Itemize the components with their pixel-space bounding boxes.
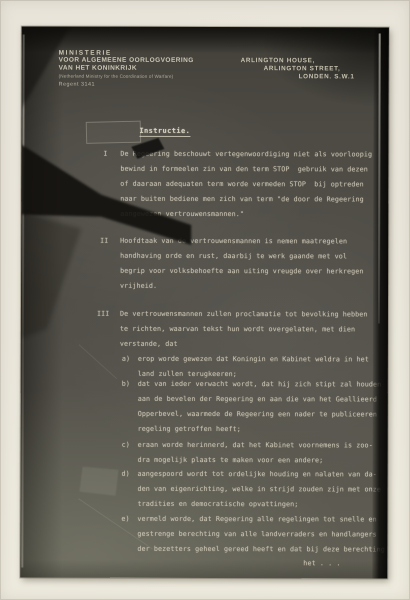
photo-left-edge-highlight (21, 35, 24, 568)
paragraph-line: te richten, waarvan tekst hun wordt over… (120, 322, 368, 338)
paragraph-line: De Regeering beschouwt vertegenwoordigin… (120, 147, 372, 163)
list-item-letter: b) (122, 377, 130, 392)
paragraph-line: of daaraan adequaten term worde vermeden… (120, 177, 372, 193)
paragraph-line: De vertrouwensmannen zullen proclamatie … (120, 307, 368, 323)
scratched-box-outline (86, 121, 140, 143)
list-item-letter: d) (122, 467, 130, 482)
list-item-line: aan de bevelen der Regeering en aan die … (138, 392, 381, 408)
address-line: LONDEN. S.W.1 (299, 73, 355, 80)
document-photo: MINISTERIE VOOR ALGEMEENE OORLOGVOERING … (20, 27, 388, 579)
list-item-letter: c) (122, 438, 130, 453)
list-item-line: eraan worde herinnerd, dat het Kabinet v… (138, 438, 373, 454)
paragraph-line: verstande, dat (120, 337, 368, 353)
continuation-ellipsis: het . . . (303, 556, 340, 571)
ministry-line: VAN HET KONINKRIJK (59, 64, 194, 72)
list-item-line: aangespoord wordt tot ordelijke houding … (138, 467, 381, 483)
address-line: ARLINGTON HOUSE, (241, 57, 315, 64)
paragraph-roman-numeral: III (97, 307, 109, 322)
list-item-line: dat van ieder verwacht wordt, dat hij zi… (138, 377, 381, 393)
list-item-line: erop worde gewezen dat Koningin en Kabin… (138, 352, 369, 368)
paragraph-line: Hoofdtaak van de vertrouwensmannen is ne… (120, 234, 363, 250)
paragraph-line: bewind in formeelen zin van den term STO… (120, 162, 372, 178)
faint-crease-band (21, 213, 81, 339)
light-scuff-patch (79, 467, 118, 496)
list-item-line: der bezetters geheel gereed heeft en dat… (137, 542, 385, 558)
paragraph-line: handhaving orde en rust, daarbij te werk… (120, 249, 363, 265)
list-item-line: den van eigenrichting, welke in strijd z… (137, 482, 380, 498)
address-line: ARLINGTON STREET, (264, 65, 341, 72)
scratch-line (79, 345, 117, 379)
paragraph-I: I De Regeering beschouwt vertegenwoordig… (120, 147, 372, 223)
list-item-e: e) vermeld worde, dat Regeering alle reg… (121, 512, 385, 558)
list-item-line: gestrenge berechting van alle landverrad… (137, 527, 385, 543)
list-item-line: vermeld worde, dat Regeering alle regeli… (137, 512, 385, 528)
paragraph-II: II Hoofdtaak van de vertrouwensmannen is… (120, 234, 364, 295)
list-item-line: Opperbevel, waarmede de Regeering een na… (138, 407, 381, 423)
paragraph-line: begrip voor volksbehoefte aan uiting vre… (120, 264, 363, 280)
letterhead-ministry: MINISTERIE VOOR ALGEMEENE OORLOGVOERING … (59, 50, 194, 88)
list-item-letter: a) (122, 352, 130, 367)
paragraph-line: vrijheid. (120, 279, 363, 295)
photo-right-edge-shadow (372, 27, 388, 578)
scanned-photo-page: { "letterhead": { "ministry": [ "MINISTE… (0, 0, 410, 600)
ministry-subtitle: (Netherland Ministry for the Coordinatio… (59, 73, 194, 79)
paragraph-line: aangewezen vertrouwensmannen." (120, 207, 372, 223)
list-item-letter: e) (121, 512, 129, 527)
list-item-b: b) dat van ieder verwacht wordt, dat hij… (122, 377, 382, 438)
list-item-c: c) eraan worde herinnerd, dat het Kabine… (122, 438, 373, 469)
paragraph-III: III De vertrouwensmannen zullen proclama… (120, 307, 368, 353)
document-title: Instructie. (139, 127, 190, 137)
paragraph-roman-numeral: I (103, 147, 107, 162)
paragraph-line: naar buiten bediene men zich van term "d… (120, 192, 372, 208)
ministry-line: VOOR ALGEMEENE OORLOGVOERING (59, 57, 194, 65)
list-item-d: d) aangespoord wordt tot ordelijke houdi… (121, 467, 381, 513)
paragraph-roman-numeral: II (100, 234, 108, 249)
list-item-line: regeling getroffen heeft; (138, 422, 381, 438)
ministry-telephone: Regent 3141 (59, 81, 194, 87)
list-item-line: tradities en democratische opvattingen; (137, 497, 380, 513)
